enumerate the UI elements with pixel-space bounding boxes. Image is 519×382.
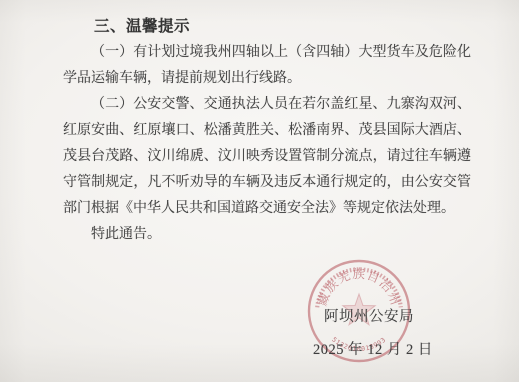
section-heading: 三、温馨提示 <box>63 14 471 40</box>
issue-date: 2025 年 12 月 2 日 <box>313 338 433 359</box>
issuer-signature: 阿坝州公安局 <box>324 305 414 326</box>
paragraph-checkpoint-list: （二）公安交警、交通执法人员在若尔盖红星、九寨沟双河、红原安曲、红原壤口、松潘黄… <box>63 92 471 222</box>
scanned-notice-page: 三、温馨提示 （一）有计划过境我州四轴以上（含四轴）大型货车及危险化学品运输车辆… <box>0 0 519 382</box>
paragraph-truck-route-advice: （一）有计划过境我州四轴以上（含四轴）大型货车及危险化学品运输车辆，请提前规划出… <box>63 40 471 92</box>
notice-body: 三、温馨提示 （一）有计划过境我州四轴以上（含四轴）大型货车及危险化学品运输车辆… <box>63 14 471 248</box>
closing-line: 特此通告。 <box>63 222 471 248</box>
